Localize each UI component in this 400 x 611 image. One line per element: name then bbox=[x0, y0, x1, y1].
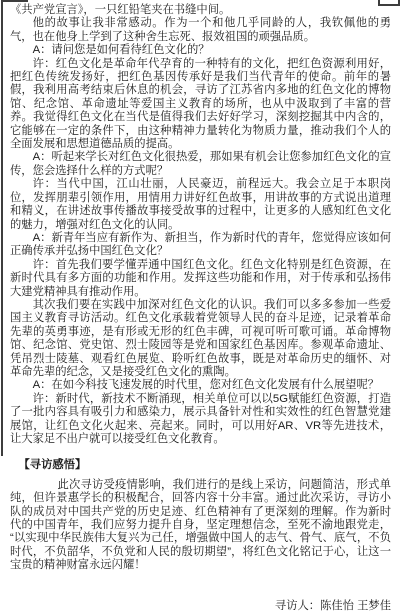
section-header: 【寻访感悟】 bbox=[10, 459, 391, 472]
paragraph: 《共产党宣言》，一只红铅笔夹在书缝中间。 bbox=[10, 4, 391, 17]
paragraph: A：听起来学长对红色文化很热爱，那如果有机会让您参加红色文化的宣传，您会选择什么… bbox=[10, 151, 391, 178]
paragraph: 其次我们要在实践中加深对红色文化的认识。我们可以多多参加一些爱国主义教育寻访活动… bbox=[10, 299, 391, 379]
document-body: 《共产党宣言》，一只红铅笔夹在书缝中间。他的故事让我非常感动。作为一个和他几乎同… bbox=[0, 0, 400, 611]
paragraph: 许：新时代，新技术不断涌现，相关单位可以以5G赋能红色资源，打造了一批内容具有吸… bbox=[10, 393, 391, 447]
paragraph: A：请问您是如何看待红色文化的？ bbox=[10, 44, 391, 57]
page: { "page": { "background_color": "#ffffff… bbox=[0, 0, 400, 611]
paragraph: 许：当代中国，江山壮丽，人民豪迈，前程远大。我会立足于本职岗位，发挥朋辈引领作用… bbox=[10, 178, 391, 232]
paragraph: 此次寻访受疫情影响，我们进行的是线上采访，问题简洁，形式单纯，但许景惠学长的积极… bbox=[10, 479, 391, 573]
paragraph: A：在如今科技飞速发展的时代里，您对红色文化发展有什么展望呢？ bbox=[10, 379, 391, 392]
paragraph: 许：首先我们要学懂弄通中国红色文化。红色文化特别是红色资源，在新时代具有多方面的… bbox=[10, 259, 391, 299]
signature-line: 寻访人：陈佳怡 王梦佳 bbox=[10, 600, 391, 611]
paragraph: 许：红色文化是革命年代孕育的一种特有的文化，把红色资源利用好，把红色传统发扬好，… bbox=[10, 58, 391, 152]
paragraph: 他的故事让我非常感动。作为一个和他几乎同龄的人，我钦佩他的勇气，也在他身上学到了… bbox=[10, 17, 391, 44]
paragraph: A：新青年当应有新作为、新担当，作为新时代的青年，您觉得应该如何正确传承并弘扬中… bbox=[10, 232, 391, 259]
